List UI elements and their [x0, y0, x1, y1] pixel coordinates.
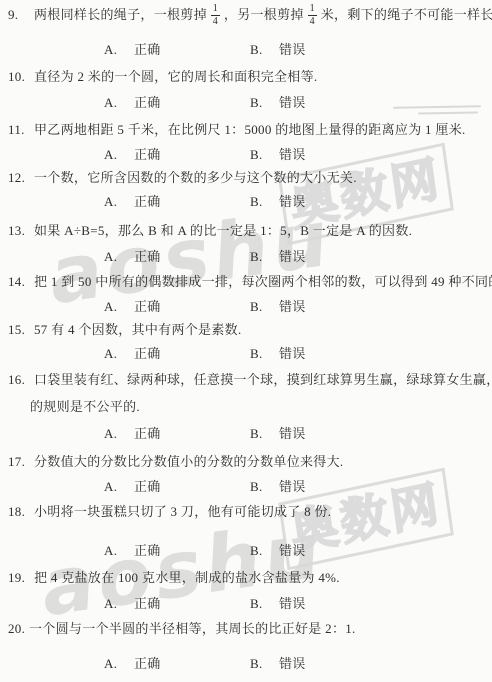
option-a-text: 正确: [134, 479, 161, 495]
option-a-label: A.: [104, 543, 117, 559]
fraction-numerator: 1: [310, 4, 315, 14]
question-text: 口袋里装有红、绿两种球，任意摸一个球，摸到红球算男生赢，绿球算女生赢，这样: [34, 372, 492, 387]
question-text: 一个圆与一个半圆的半径相等，其周长的比正好是 2：1.: [29, 621, 356, 636]
option-b-text: 错误: [279, 596, 306, 612]
question-number: 11.: [8, 122, 34, 138]
question-number: 13.: [8, 223, 34, 239]
question-text: 分数值大的分数比分数值小的分数的分数单位来得大.: [34, 454, 343, 469]
option-b-text: 错误: [279, 42, 306, 58]
question-number: 17.: [8, 454, 34, 470]
option-a-label: A.: [104, 147, 117, 163]
question-text: 甲乙两地相距 5 千米，在比例尺 1：5000 的地图上量得的距离应为 1 厘米…: [34, 122, 466, 137]
answer-options-12: A. 正确 B. 错误: [0, 194, 492, 210]
question-20: 20.一个圆与一个半圆的半径相等，其周长的比正好是 2：1.: [8, 621, 488, 637]
question-text: 小明将一块蛋糕只切了 3 刀，他有可能切成了 8 份.: [34, 504, 331, 519]
question-text: 一个数，它所含因数的个数的多少与这个数的大小无关.: [34, 170, 357, 185]
option-b-label: B.: [250, 249, 263, 265]
answer-options-9: A. 正确 B. 错误: [0, 42, 492, 58]
option-a-text: 正确: [134, 299, 161, 315]
answer-options-20: A. 正确 B. 错误: [0, 656, 492, 672]
option-b-text: 错误: [279, 249, 306, 265]
option-a-text: 正确: [134, 249, 161, 265]
question-10: 10.直径为 2 米的一个圆，它的周长和面积完全相等.: [8, 69, 488, 85]
answer-options-19: A. 正确 B. 错误: [0, 596, 492, 612]
option-a-text: 正确: [134, 194, 161, 210]
option-b-text: 错误: [279, 194, 306, 210]
option-a-label: A.: [104, 249, 117, 265]
answer-options-13: A. 正确 B. 错误: [0, 249, 492, 265]
option-b-text: 错误: [279, 479, 306, 495]
questions-list: 9. 两根同样长的绳子，一根剪掉 1 4 ，另一根剪掉 1 4 米，剩下的绳子不…: [0, 0, 492, 682]
option-b-text: 错误: [279, 95, 306, 111]
answer-options-17: A. 正确 B. 错误: [0, 479, 492, 495]
fraction: 1 4: [211, 4, 220, 27]
option-a-label: A.: [104, 95, 117, 111]
fraction-denominator: 4: [310, 17, 315, 27]
fraction: 1 4: [308, 4, 317, 27]
question-number: 14.: [8, 274, 34, 290]
option-b-label: B.: [250, 95, 263, 111]
option-b-label: B.: [250, 479, 263, 495]
question-14: 14.把 1 到 50 中所有的偶数排成一排，每次圈两个相邻的数，可以得到 49…: [8, 274, 488, 290]
option-a-text: 正确: [134, 346, 161, 362]
question-number: 12.: [8, 170, 34, 186]
option-a-text: 正确: [134, 656, 161, 672]
question-15: 15.57 有 4 个因数，其中有两个是素数.: [8, 322, 488, 338]
question-17: 17.分数值大的分数比分数值小的分数的分数单位来得大.: [8, 454, 488, 470]
question-number: 10.: [8, 69, 34, 85]
question-12: 12.一个数，它所含因数的个数的多少与这个数的大小无关.: [8, 170, 488, 186]
option-a-label: A.: [104, 596, 117, 612]
option-b-text: 错误: [279, 426, 306, 442]
question-9: 9. 两根同样长的绳子，一根剪掉 1 4 ，另一根剪掉 1 4 米，剩下的绳子不…: [8, 1, 488, 29]
question-number: 19.: [8, 570, 34, 586]
scanned-test-page: aoshu 奥数网 aoshu 奥数网 9. 两根同样长的绳子，一根剪掉 1 4…: [0, 0, 492, 682]
option-a-text: 正确: [134, 543, 161, 559]
answer-options-16: A. 正确 B. 错误: [0, 426, 492, 442]
answer-options-10: A. 正确 B. 错误: [0, 95, 492, 111]
option-b-label: B.: [250, 147, 263, 163]
question-19: 19.把 4 克盐放在 100 克水里，制成的盐水含盐量为 4%.: [8, 570, 488, 586]
option-b-text: 错误: [279, 147, 306, 163]
option-a-label: A.: [104, 479, 117, 495]
option-a-text: 正确: [134, 147, 161, 163]
fraction-denominator: 4: [213, 17, 218, 27]
question-text: 直径为 2 米的一个圆，它的周长和面积完全相等.: [34, 69, 317, 84]
answer-options-11: A. 正确 B. 错误: [0, 147, 492, 163]
question-number: 18.: [8, 504, 34, 520]
question-text: 如果 A÷B=5，那么 B 和 A 的比一定是 1：5，B 一定是 A 的因数.: [34, 223, 412, 238]
option-b-label: B.: [250, 656, 263, 672]
option-a-label: A.: [104, 426, 117, 442]
question-text: 把 4 克盐放在 100 克水里，制成的盐水含盐量为 4%.: [34, 570, 340, 585]
question-18: 18.小明将一块蛋糕只切了 3 刀，他有可能切成了 8 份.: [8, 504, 488, 520]
answer-options-14: A. 正确 B. 错误: [0, 299, 492, 315]
question-16: 16.口袋里装有红、绿两种球，任意摸一个球，摸到红球算男生赢，绿球算女生赢，这样: [8, 372, 488, 388]
question-number: 20.: [8, 621, 29, 637]
question-text: 把 1 到 50 中所有的偶数排成一排，每次圈两个相邻的数，可以得到 49 种不…: [34, 274, 492, 289]
option-b-label: B.: [250, 194, 263, 210]
option-b-text: 错误: [279, 543, 306, 559]
option-b-text: 错误: [279, 656, 306, 672]
question-number: 15.: [8, 322, 34, 338]
option-b-label: B.: [250, 596, 263, 612]
question-11: 11.甲乙两地相距 5 千米，在比例尺 1：5000 的地图上量得的距离应为 1…: [8, 122, 488, 138]
option-a-text: 正确: [134, 596, 161, 612]
option-a-label: A.: [104, 346, 117, 362]
question-number: 9.: [8, 7, 34, 23]
option-b-text: 错误: [279, 346, 306, 362]
question-text: 两根同样长的绳子，一根剪掉: [34, 7, 207, 23]
answer-options-18: A. 正确 B. 错误: [0, 543, 492, 559]
option-a-label: A.: [104, 194, 117, 210]
question-number: 16.: [8, 372, 34, 388]
question-text-continued: 的规则是不公平的.: [30, 399, 140, 414]
option-a-label: A.: [104, 42, 117, 58]
question-13: 13.如果 A÷B=5，那么 B 和 A 的比一定是 1：5，B 一定是 A 的…: [8, 223, 488, 239]
question-16-continued: 的规则是不公平的.: [30, 399, 488, 415]
option-b-label: B.: [250, 543, 263, 559]
option-b-label: B.: [250, 346, 263, 362]
option-b-label: B.: [250, 426, 263, 442]
question-text: 米，剩下的绳子不可能一样长.: [321, 7, 492, 23]
option-a-text: 正确: [134, 426, 161, 442]
option-b-label: B.: [250, 42, 263, 58]
answer-options-15: A. 正确 B. 错误: [0, 346, 492, 362]
fraction-numerator: 1: [213, 4, 218, 14]
question-text: 57 有 4 个因数，其中有两个是素数.: [34, 322, 242, 337]
option-a-label: A.: [104, 656, 117, 672]
option-a-label: A.: [104, 299, 117, 315]
question-text: ，另一根剪掉: [224, 7, 304, 23]
option-b-label: B.: [250, 299, 263, 315]
option-a-text: 正确: [134, 42, 161, 58]
option-b-text: 错误: [279, 299, 306, 315]
option-a-text: 正确: [134, 95, 161, 111]
